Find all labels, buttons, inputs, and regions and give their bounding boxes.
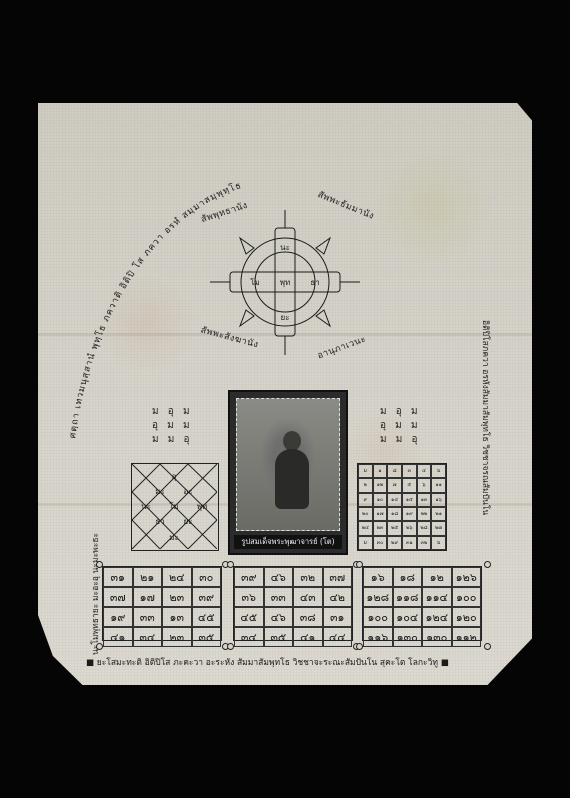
grid-cell: ๒๙: [387, 536, 402, 550]
grid-cell: ๓๑: [402, 536, 417, 550]
grid-cell: ม: [358, 536, 373, 550]
number-cell: ๑๒๔: [422, 607, 452, 627]
grid-cell: ๒: [358, 478, 373, 492]
number-cell: ๑๐๐: [363, 607, 393, 627]
number-cell: ๔๖: [264, 567, 294, 587]
yantra-letter: ธา: [155, 517, 164, 526]
number-cell: ๓๕: [264, 627, 294, 647]
number-cell: ๓๑: [323, 607, 353, 627]
grid-cell: ๕: [402, 478, 417, 492]
number-cell: ๓๑: [103, 567, 133, 587]
khom-line: อุ ม ม: [380, 419, 421, 433]
number-cell: ๑๒๘: [363, 587, 393, 607]
grid-cell: ๔: [417, 464, 432, 478]
number-cell: ๑๒๐: [452, 607, 482, 627]
number-cell: ๓๓: [264, 587, 294, 607]
khom-line: ม อุ ม: [380, 405, 421, 419]
right-khom-header: ม อุ ม อุ ม ม ม ม อุ: [380, 405, 421, 447]
yantra-letter: พุท: [197, 502, 208, 511]
number-cell: ๔๑: [103, 627, 133, 647]
left-diamond-yantra: อุ มะ อะ นะ โม พุท ธา ยะ มะ: [131, 463, 219, 551]
grid-cell: ๑๓: [417, 493, 432, 507]
number-cell: ๒๓: [162, 587, 192, 607]
number-cell: ๓๙: [192, 587, 222, 607]
grid-cell: ๒๕: [387, 521, 402, 535]
khom-line: ม อุ ม: [152, 405, 193, 419]
number-cell: ๓๒: [293, 567, 323, 587]
bottom-inscription: ■ ยะโสมะทะติ อิติปิโส ภะคะวา อะระหัง สัม…: [86, 655, 490, 669]
diamond-lines: อุ มะ อะ นะ โม พุท ธา ยะ มะ: [132, 464, 217, 549]
right-grid-yantra: ม๑๘๓๔ม๒๑๒๗๕๖๑๑๙๑๐๑๔๑๕๑๓๑๖๒๐๑๗๑๘๑๙๒๒๒๑๒๔๒…: [357, 463, 447, 551]
yantra-letter: โม: [169, 501, 179, 511]
grid-cell: ๑๘: [387, 507, 402, 521]
number-cell: ๑๙: [103, 607, 133, 627]
grid-cell: ๓๐: [373, 536, 388, 550]
grid-cell: ๙: [358, 493, 373, 507]
number-cell: ๑๒๖: [452, 567, 482, 587]
grid-cell: ๑๗: [373, 507, 388, 521]
number-cell: ๓๙: [234, 567, 264, 587]
number-cell: ๑๖: [363, 567, 393, 587]
wheel-letter: ยะ: [281, 313, 290, 322]
number-cell: ๓๐: [192, 567, 222, 587]
number-cell: ๓๓: [133, 607, 163, 627]
grid-cell: ๓๒: [417, 536, 432, 550]
corner-dot: [96, 561, 103, 568]
wheel-letter: ธา: [310, 278, 319, 287]
number-cell: ๔๑: [293, 627, 323, 647]
number-cell: ๑๐๔: [393, 607, 423, 627]
left-khom-header: ม อุ ม อุ ม ม ม ม อุ: [152, 405, 193, 447]
yantra-letter: มะ: [169, 533, 179, 542]
wheel-letter: โม: [250, 277, 260, 287]
number-grid-2: ๓๙๔๖๓๒๓๗๓๖๓๓๔๓๔๒๔๕๔๖๓๘๓๑๓๔๓๕๔๑๔๔: [233, 566, 353, 641]
number-cell: ๔๖: [264, 607, 294, 627]
grid-cell: ๗: [387, 478, 402, 492]
grid-cell: ๖: [417, 478, 432, 492]
number-grid-3: ๑๖๑๘๑๒๑๒๖๑๒๘๑๑๘๑๑๔๑๐๐๑๐๐๑๐๔๑๒๔๑๒๐๑๑๖๑๓๐๑…: [362, 566, 482, 641]
wheel-letter: พุท: [280, 278, 291, 287]
corner-dot: [484, 643, 491, 650]
corner-dot: [484, 561, 491, 568]
khom-line: ม ม อุ: [380, 433, 421, 447]
yantra-letter: อะ: [183, 487, 192, 496]
number-cell: ๑๗: [133, 587, 163, 607]
corner-dot: [227, 561, 234, 568]
number-cell: ๒๑: [133, 567, 163, 587]
number-cell: ๑๘: [393, 567, 423, 587]
number-cell: ๓๗: [323, 567, 353, 587]
number-cell: ๑๓๐: [393, 627, 423, 647]
right-vertical-text: อิติปิโสภควา อรหังสัมมาสัมพุทโธ วิชชาจรณ…: [479, 320, 493, 515]
number-cell: ๔๕: [234, 607, 264, 627]
monk-figure: [275, 449, 309, 509]
grid-cell: ๑๕: [402, 493, 417, 507]
monk-portrait: รูปสมเด็จพระพุฒาจารย์ (โต): [228, 390, 348, 555]
grid-cell: ม: [358, 464, 373, 478]
number-cell: ๒๔: [162, 567, 192, 587]
grid-cell: ๒๐: [358, 507, 373, 521]
corner-dot: [227, 643, 234, 650]
number-cell: ๑๑๒: [452, 627, 482, 647]
yantra-letter: ยะ: [184, 517, 193, 526]
number-cell: ๑๑๖: [363, 627, 393, 647]
grid-cell: ๓: [402, 464, 417, 478]
grid-cell: ๑๐: [373, 493, 388, 507]
monk-head: [283, 431, 301, 451]
number-cell: ๓๗: [103, 587, 133, 607]
grid-cell: ๑๙: [402, 507, 417, 521]
grid-cell: ๑: [373, 464, 388, 478]
corner-dot: [96, 643, 103, 650]
grid-cell: ๑๔: [387, 493, 402, 507]
number-cell: ๒๓: [162, 627, 192, 647]
left-vertical-text: นะโมพุทธายะ มะอะอุ นะมะพะธะ: [88, 533, 102, 655]
khom-line: ม ม อุ: [152, 433, 193, 447]
number-grid-1: ๓๑๒๑๒๔๓๐๓๗๑๗๒๓๓๙๑๙๓๓๑๓๔๕๔๑๓๔๒๓๓๕: [102, 566, 222, 641]
yantra-letter: นะ: [141, 502, 151, 511]
yantra-letter: อุ: [172, 472, 177, 481]
wheel-letter: นะ: [280, 243, 290, 252]
grid-cell: ๑๖: [431, 493, 446, 507]
number-cell: ๓๔: [133, 627, 163, 647]
grid-cell: ๘: [387, 464, 402, 478]
portrait-image: [236, 398, 340, 531]
number-cell: ๓๕: [192, 627, 222, 647]
number-cell: ๑๓๐: [422, 627, 452, 647]
number-cell: ๔๒: [323, 587, 353, 607]
grid-cell: ๑๑: [431, 478, 446, 492]
yantra-letter: มะ: [155, 487, 165, 496]
number-cell: ๑๑๘: [393, 587, 423, 607]
number-cell: ๑๑๔: [422, 587, 452, 607]
number-cell: ๔๓: [293, 587, 323, 607]
grid-cell: ๑๒: [373, 478, 388, 492]
number-cell: ๔๔: [323, 627, 353, 647]
corner-dot: [356, 561, 363, 568]
corner-dot: [356, 643, 363, 650]
grid-cell: ๒๗: [431, 521, 446, 535]
number-cell: ๓๖: [234, 587, 264, 607]
grid-cell: ๒๘: [417, 521, 432, 535]
number-cell: ๑๐๐: [452, 587, 482, 607]
grid-cell: ๒๖: [402, 521, 417, 535]
number-cell: ๓๔: [234, 627, 264, 647]
khom-line: อุ ม ม: [152, 419, 193, 433]
grid-cell: ม: [431, 536, 446, 550]
number-cell: ๑๒: [422, 567, 452, 587]
grid-cell: ๒๒: [417, 507, 432, 521]
number-cell: ๑๓: [162, 607, 192, 627]
number-cell: ๓๘: [293, 607, 323, 627]
grid-cell: ม: [431, 464, 446, 478]
grid-cell: ๒๑: [431, 507, 446, 521]
number-cell: ๔๕: [192, 607, 222, 627]
grid-cell: ๒๔: [358, 521, 373, 535]
grid-cell: ๒๓: [373, 521, 388, 535]
portrait-caption: รูปสมเด็จพระพุฒาจารย์ (โต): [234, 535, 342, 549]
